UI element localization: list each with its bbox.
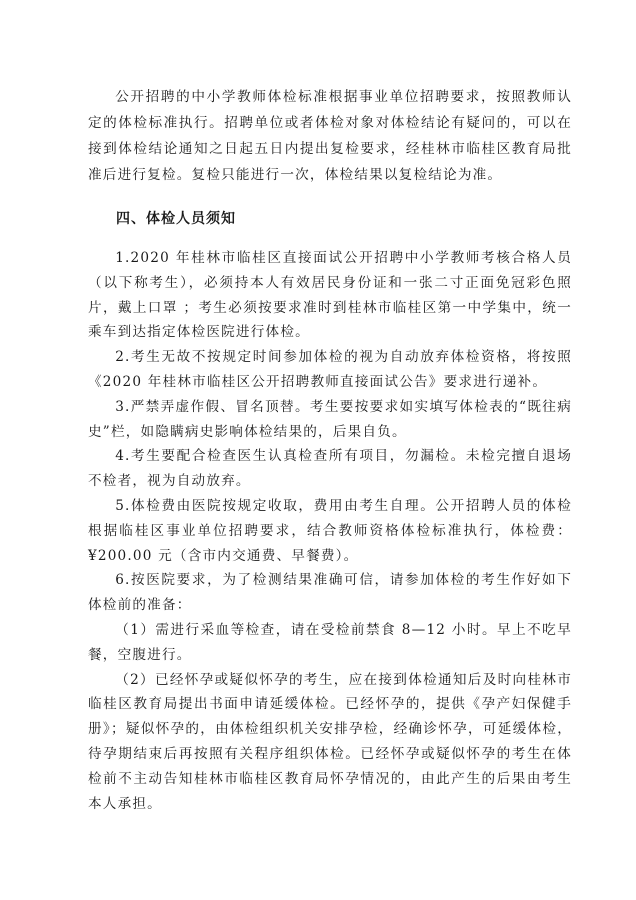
notice-subitem-1: （1）需进行采血等检查，请在受检前禁食 8—12 小时。早上不吃早餐，空腹进行。 (88, 618, 572, 668)
notice-item-5: 5.体检费由医院按规定收取，费用由考生自理。公开招聘人员的体检根据临桂区事业单位… (88, 494, 572, 568)
notice-item-4: 4.考生要配合检查医生认真检查所有项目，勿漏检。未检完擅自退场不检者，视为自动放… (88, 444, 572, 494)
notice-item-3: 3.严禁弄虚作假、冒名顶替。考生要按要求如实填写体检表的“既往病史”栏，如隐瞒病… (88, 395, 572, 445)
section-heading: 四、体检人员须知 (88, 206, 572, 232)
notice-item-6: 6.按医院要求，为了检测结果准确可信，请参加体检的考生作好如下体检前的准备： (88, 568, 572, 618)
notice-subitem-2: （2）已经怀孕或疑似怀孕的考生，应在接到体检通知后及时向桂林市临桂区教育局提出书… (88, 668, 572, 817)
notice-item-2: 2.考生无故不按规定时间参加体检的视为自动放弃体检资格，将按照《2020 年桂林… (88, 345, 572, 395)
notice-item-1: 1.2020 年桂林市临桂区直接面试公开招聘中小学教师考核合格人员（以下称考生）… (88, 246, 572, 345)
document-page: 公开招聘的中小学教师体检标准根据事业单位招聘要求，按照教师认定的体检标准执行。招… (88, 84, 572, 816)
intro-paragraph: 公开招聘的中小学教师体检标准根据事业单位招聘要求，按照教师认定的体检标准执行。招… (88, 84, 572, 188)
